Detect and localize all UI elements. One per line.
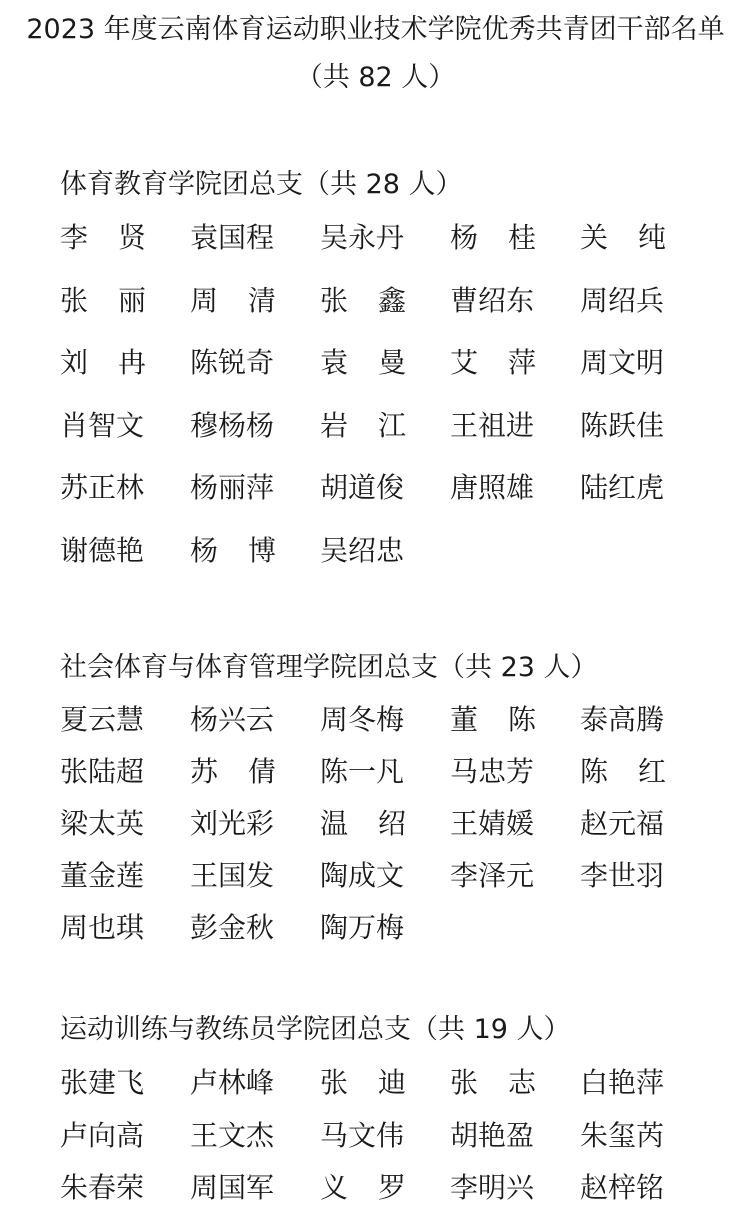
- name-char: 丽: [118, 281, 146, 321]
- list-item-name: 陆红虎: [580, 468, 666, 508]
- list-item-name: 张志: [450, 1063, 536, 1103]
- list-item-name: 董陈: [450, 700, 536, 740]
- list-item-name: 杨兴云: [190, 700, 276, 740]
- name-char: 关: [580, 218, 608, 258]
- list-item-name: 刘冉: [60, 343, 146, 383]
- name-char: 岩: [320, 406, 348, 446]
- name-char: 张: [450, 1063, 478, 1103]
- document-subtitle-total-count: （共 82 人）: [0, 58, 751, 98]
- section-social-sports-management: 社会体育与体育管理学院团总支（共 23 人） 夏云慧杨兴云周冬梅董陈泰高腾张陆超…: [60, 648, 740, 948]
- name-char: 鑫: [378, 281, 406, 321]
- list-item-name: 卢林峰: [190, 1063, 276, 1103]
- list-item-name: 张迪: [320, 1063, 406, 1103]
- list-item-name: 张鑫: [320, 281, 406, 321]
- list-item-name: 杨博: [190, 531, 276, 571]
- list-item-name: 周清: [190, 281, 276, 321]
- list-item-name: 刘光彩: [190, 804, 276, 844]
- list-item-name: 陶万梅: [320, 908, 406, 948]
- name-char: 迪: [378, 1063, 406, 1103]
- list-item-name: 朱春荣: [60, 1168, 146, 1208]
- name-char: 桂: [508, 218, 536, 258]
- list-item-name: 马忠芳: [450, 752, 536, 792]
- name-char: 周: [190, 281, 218, 321]
- list-item-name: 梁太英: [60, 804, 146, 844]
- list-item-name: 肖智文: [60, 406, 146, 446]
- name-char: 刘: [60, 343, 88, 383]
- document-title: 2023 年度云南体育运动职业技术学院优秀共青团干部名单: [0, 10, 751, 50]
- list-item-name: 袁国程: [190, 218, 276, 258]
- list-item-name: 周绍兵: [580, 281, 666, 321]
- list-item-name: 周冬梅: [320, 700, 406, 740]
- list-item-name: 谢德艳: [60, 531, 146, 571]
- list-item-name: 泰高腾: [580, 700, 666, 740]
- name-char: 温: [320, 804, 348, 844]
- name-char: 张: [320, 281, 348, 321]
- name-char: 萍: [508, 343, 536, 383]
- list-item-name: 陈锐奇: [190, 343, 276, 383]
- name-char: 绍: [378, 804, 406, 844]
- list-item-name: 朱玺芮: [580, 1116, 666, 1156]
- name-char: 博: [248, 531, 276, 571]
- name-char: 陈: [580, 752, 608, 792]
- list-item-name: 陶成文: [320, 856, 406, 896]
- list-item-name: 马文伟: [320, 1116, 406, 1156]
- name-list: 李贤袁国程吴永丹杨桂关纯张丽周清张鑫曹绍东周绍兵刘冉陈锐奇袁曼艾萍周文明肖智文穆…: [60, 218, 740, 571]
- list-item-name: 周文明: [580, 343, 666, 383]
- list-item-name: 穆杨杨: [190, 406, 276, 446]
- list-item-name: 吴永丹: [320, 218, 406, 258]
- list-item-name: 艾萍: [450, 343, 536, 383]
- list-item-name: 王国发: [190, 856, 276, 896]
- name-char: 志: [508, 1063, 536, 1103]
- name-char: 罗: [378, 1168, 406, 1208]
- list-item-name: 唐照雄: [450, 468, 536, 508]
- name-char: 红: [638, 752, 666, 792]
- list-item-name: 赵梓铭: [580, 1168, 666, 1208]
- list-item-name: 义罗: [320, 1168, 406, 1208]
- list-item-name: 李世羽: [580, 856, 666, 896]
- list-item-name: 陈红: [580, 752, 666, 792]
- name-char: 清: [248, 281, 276, 321]
- list-item-name: 陈一凡: [320, 752, 406, 792]
- list-item-name: 李贤: [60, 218, 146, 258]
- list-item-name: 张建飞: [60, 1063, 146, 1103]
- name-char: 张: [60, 281, 88, 321]
- name-char: 袁: [320, 343, 348, 383]
- section-heading: 体育教育学院团总支（共 28 人）: [60, 165, 740, 205]
- name-char: 董: [450, 700, 478, 740]
- list-item-name: 彭金秋: [190, 908, 276, 948]
- name-char: 纯: [638, 218, 666, 258]
- name-char: 义: [320, 1168, 348, 1208]
- name-char: 曼: [378, 343, 406, 383]
- list-item-name: 王婧媛: [450, 804, 536, 844]
- list-item-name: 董金莲: [60, 856, 146, 896]
- name-char: 杨: [190, 531, 218, 571]
- name-list: 夏云慧杨兴云周冬梅董陈泰高腾张陆超苏倩陈一凡马忠芳陈红梁太英刘光彩温绍王婧媛赵元…: [60, 700, 740, 948]
- list-item-name: 夏云慧: [60, 700, 146, 740]
- list-item-name: 周国军: [190, 1168, 276, 1208]
- name-char: 张: [320, 1063, 348, 1103]
- list-item-name: 周也琪: [60, 908, 146, 948]
- list-item-name: 张丽: [60, 281, 146, 321]
- name-char: 江: [378, 406, 406, 446]
- section-physical-education: 体育教育学院团总支（共 28 人） 李贤袁国程吴永丹杨桂关纯张丽周清张鑫曹绍东周…: [60, 165, 740, 571]
- list-item-name: 苏正林: [60, 468, 146, 508]
- name-char: 冉: [118, 343, 146, 383]
- section-heading: 社会体育与体育管理学院团总支（共 23 人）: [60, 648, 740, 688]
- list-item-name: 赵元福: [580, 804, 666, 844]
- section-heading: 运动训练与教练员学院团总支（共 19 人）: [60, 1010, 740, 1050]
- name-list: 张建飞卢林峰张迪张志白艳萍卢向高王文杰马文伟胡艳盈朱玺芮朱春荣周国军义罗李明兴赵…: [60, 1063, 740, 1208]
- list-item-name: 胡艳盈: [450, 1116, 536, 1156]
- list-item-name: 李泽元: [450, 856, 536, 896]
- list-item-name: 袁曼: [320, 343, 406, 383]
- list-item-name: 陈跃佳: [580, 406, 666, 446]
- section-sports-training-coaching: 运动训练与教练员学院团总支（共 19 人） 张建飞卢林峰张迪张志白艳萍卢向高王文…: [60, 1010, 740, 1208]
- list-item-name: 岩江: [320, 406, 406, 446]
- list-item-name: 苏倩: [190, 752, 276, 792]
- list-item-name: 关纯: [580, 218, 666, 258]
- list-item-name: 杨丽萍: [190, 468, 276, 508]
- list-item-name: 杨桂: [450, 218, 536, 258]
- name-char: 苏: [190, 752, 218, 792]
- list-item-name: 吴绍忠: [320, 531, 406, 571]
- list-item-name: 王祖进: [450, 406, 536, 446]
- list-item-name: 张陆超: [60, 752, 146, 792]
- list-item-name: 温绍: [320, 804, 406, 844]
- name-char: 贤: [118, 218, 146, 258]
- list-item-name: 王文杰: [190, 1116, 276, 1156]
- list-item-name: 李明兴: [450, 1168, 536, 1208]
- list-item-name: 白艳萍: [580, 1063, 666, 1103]
- list-item-name: 胡道俊: [320, 468, 406, 508]
- list-item-name: 卢向高: [60, 1116, 146, 1156]
- name-char: 李: [60, 218, 88, 258]
- name-char: 陈: [508, 700, 536, 740]
- name-char: 杨: [450, 218, 478, 258]
- name-char: 倩: [248, 752, 276, 792]
- list-item-name: 曹绍东: [450, 281, 536, 321]
- name-char: 艾: [450, 343, 478, 383]
